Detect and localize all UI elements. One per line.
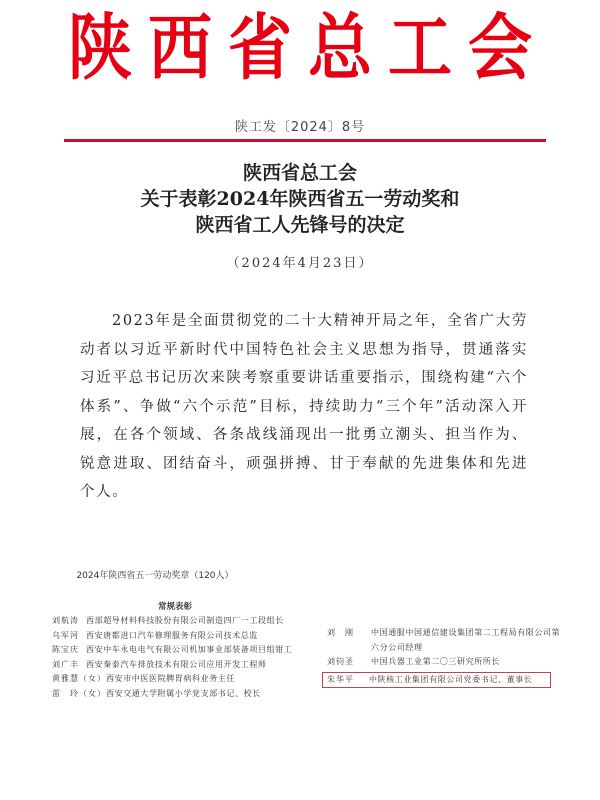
list-item: 刘钧圣 中国兵器工业第二〇三研究所所长 [327,655,567,670]
awardee-org: 西部超导材料科技股份有限公司制造四厂一工段组长 [86,614,284,629]
awardee-name: 乌军河 [52,629,86,644]
awardee-org: 中国通服中国通信建设集团第二工程局有限公司第六分公司经理 [371,626,561,655]
document-date: （2024年4月23日） [0,252,600,271]
body-paragraph: 2023年是全面贯彻党的二十大精神开局之年，全省广大劳动者以习近平新时代中国特色… [80,307,528,507]
award-list-right: 刘 刚 中国通服中国通信建设集团第二工程局有限公司第六分公司经理 刘钧圣 中国兵… [327,626,567,688]
list-item: 乌军河 西安唐都进口汽车修理服务有限公司技术总监 [52,629,302,644]
list-item: 雷 玲（女） 西安交通大学附属小学党支部书记、校长 [52,687,302,702]
document-title: 陕西省总工会 关于表彰2024年陕西省五一劳动奖和 陕西省工人先锋号的决定 [0,160,600,238]
section-heading: 常规表彰 [0,600,300,612]
awardee-name: 刘钧圣 [327,655,371,670]
awardee-org: 西安唐都进口汽车修理服务有限公司技术总监 [86,629,258,644]
awardee-org: 西安秦泰汽车排放技术有限公司应用开发工程师 [86,658,267,673]
document-number: 陕工发〔2024〕8号 [0,116,600,135]
title-line-2: 关于表彰2024年陕西省五一劳动奖和 [0,186,600,212]
title-line-1: 陕西省总工会 [0,160,600,186]
list-item: 刘广丰 西安秦泰汽车排放技术有限公司应用开发工程师 [52,658,302,673]
award-list-heading: 2024年陕西省五一劳动奖章（120人） [0,568,300,581]
awardee-org: 西安市中医医院脾胃病科业务主任 [106,672,235,687]
awardee-name: 刘 刚 [327,626,371,655]
awardee-name: 陈宝庆 [52,643,86,658]
masthead-title: 陕西省总工会 [0,4,600,94]
awardee-org: 中陕核工业集团有限公司党委书记、董事长 [369,673,550,688]
awardee-org: 西安中车永电电气有限公司机加事业部装备项目组钳工 [86,643,292,658]
title-line-3: 陕西省工人先锋号的决定 [0,212,600,238]
awardee-name: 雷 玲（女） [52,687,106,702]
awardee-org: 中国兵器工业第二〇三研究所所长 [371,655,561,670]
awardee-name: 黄雅慧（女） [52,672,106,687]
awardee-org: 西安交通大学附属小学党支部书记、校长 [106,687,261,702]
awardee-name: 刘航涛 [52,614,86,629]
red-divider [64,139,546,142]
list-item: 黄雅慧（女） 西安市中医医院脾胃病科业务主任 [52,672,302,687]
awardee-name: 刘广丰 [52,658,86,673]
highlighted-list-item: 朱华平 中陕核工业集团有限公司党委书记、董事长 [322,672,551,689]
award-list-left: 刘航涛 西部超导材料科技股份有限公司制造四厂一工段组长 乌军河 西安唐都进口汽车… [52,614,302,701]
awardee-name: 朱华平 [327,673,369,688]
list-item: 刘航涛 西部超导材料科技股份有限公司制造四厂一工段组长 [52,614,302,629]
list-item: 陈宝庆 西安中车永电电气有限公司机加事业部装备项目组钳工 [52,643,302,658]
list-item: 刘 刚 中国通服中国通信建设集团第二工程局有限公司第六分公司经理 [327,626,567,655]
